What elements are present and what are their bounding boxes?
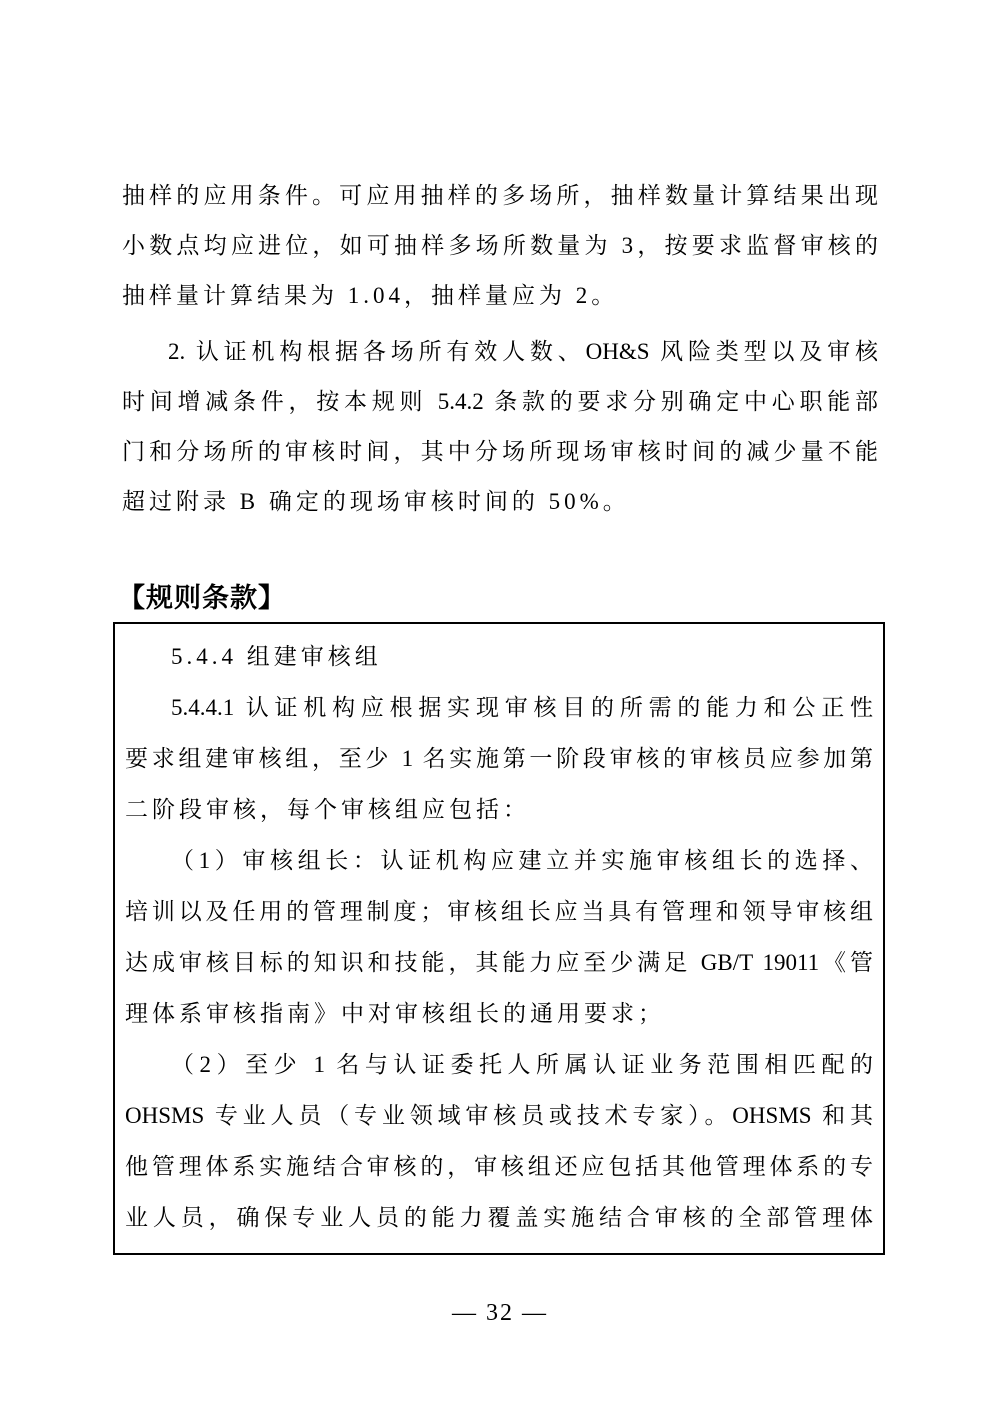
paragraph: 2. 认证机构根据各场所有效人数、OH&S 风险类型以及审核 时间增减条件，按本… [122, 327, 878, 527]
text-line: 达成审核目标的知识和技能，其能力应至少满足 GB/T 19011《管 [125, 937, 873, 988]
text-line: 业人员，确保专业人员的能力覆盖实施结合审核的全部管理体 [125, 1192, 873, 1243]
rule-box: 5.4.4 组建审核组 5.4.4.1 认证机构应根据实现审核目的所需的能力和公… [113, 622, 885, 1255]
page-number: — 32 — [0, 1298, 1000, 1328]
text-line: 抽样的应用条件。可应用抽样的多场所，抽样数量计算结果出现 [122, 171, 878, 221]
text-line: 培训以及任用的管理制度；审核组长应当具有管理和领导审核组 [125, 886, 873, 937]
text-line: （1）审核组长：认证机构应建立并实施审核组长的选择、 [125, 835, 873, 886]
section-header: 【规则条款】 [118, 578, 286, 618]
text-line: 时间增减条件，按本规则 5.4.2 条款的要求分别确定中心职能部 [122, 377, 878, 427]
text-line: 门和分场所的审核时间，其中分场所现场审核时间的减少量不能 [122, 427, 878, 477]
text-line: 他管理体系实施结合审核的，审核组还应包括其他管理体系的专 [125, 1141, 873, 1192]
text-line: OHSMS 专业人员（专业领域审核员或技术专家）。OHSMS 和其 [125, 1090, 873, 1141]
text-line: 2. 认证机构根据各场所有效人数、OH&S 风险类型以及审核 [122, 327, 878, 377]
text-line: 超过附录 B 确定的现场审核时间的 50%。 [122, 477, 878, 527]
text-line: 5.4.4 组建审核组 [125, 631, 873, 682]
text-line: 理体系审核指南》中对审核组长的通用要求； [125, 988, 873, 1039]
document-page: 抽样的应用条件。可应用抽样的多场所，抽样数量计算结果出现 小数点均应进位，如可抽… [0, 0, 1000, 1414]
text-line: 5.4.4.1 认证机构应根据实现审核目的所需的能力和公正性 [125, 682, 873, 733]
text-line: 要求组建审核组，至少 1 名实施第一阶段审核的审核员应参加第 [125, 733, 873, 784]
text-line: （2）至少 1 名与认证委托人所属认证业务范围相匹配的 [125, 1039, 873, 1090]
text-line: 二阶段审核，每个审核组应包括： [125, 784, 873, 835]
paragraph: 抽样的应用条件。可应用抽样的多场所，抽样数量计算结果出现 小数点均应进位，如可抽… [122, 171, 878, 321]
text-line: 抽样量计算结果为 1.04，抽样量应为 2。 [122, 271, 878, 321]
text-line: 小数点均应进位，如可抽样多场所数量为 3，按要求监督审核的 [122, 221, 878, 271]
